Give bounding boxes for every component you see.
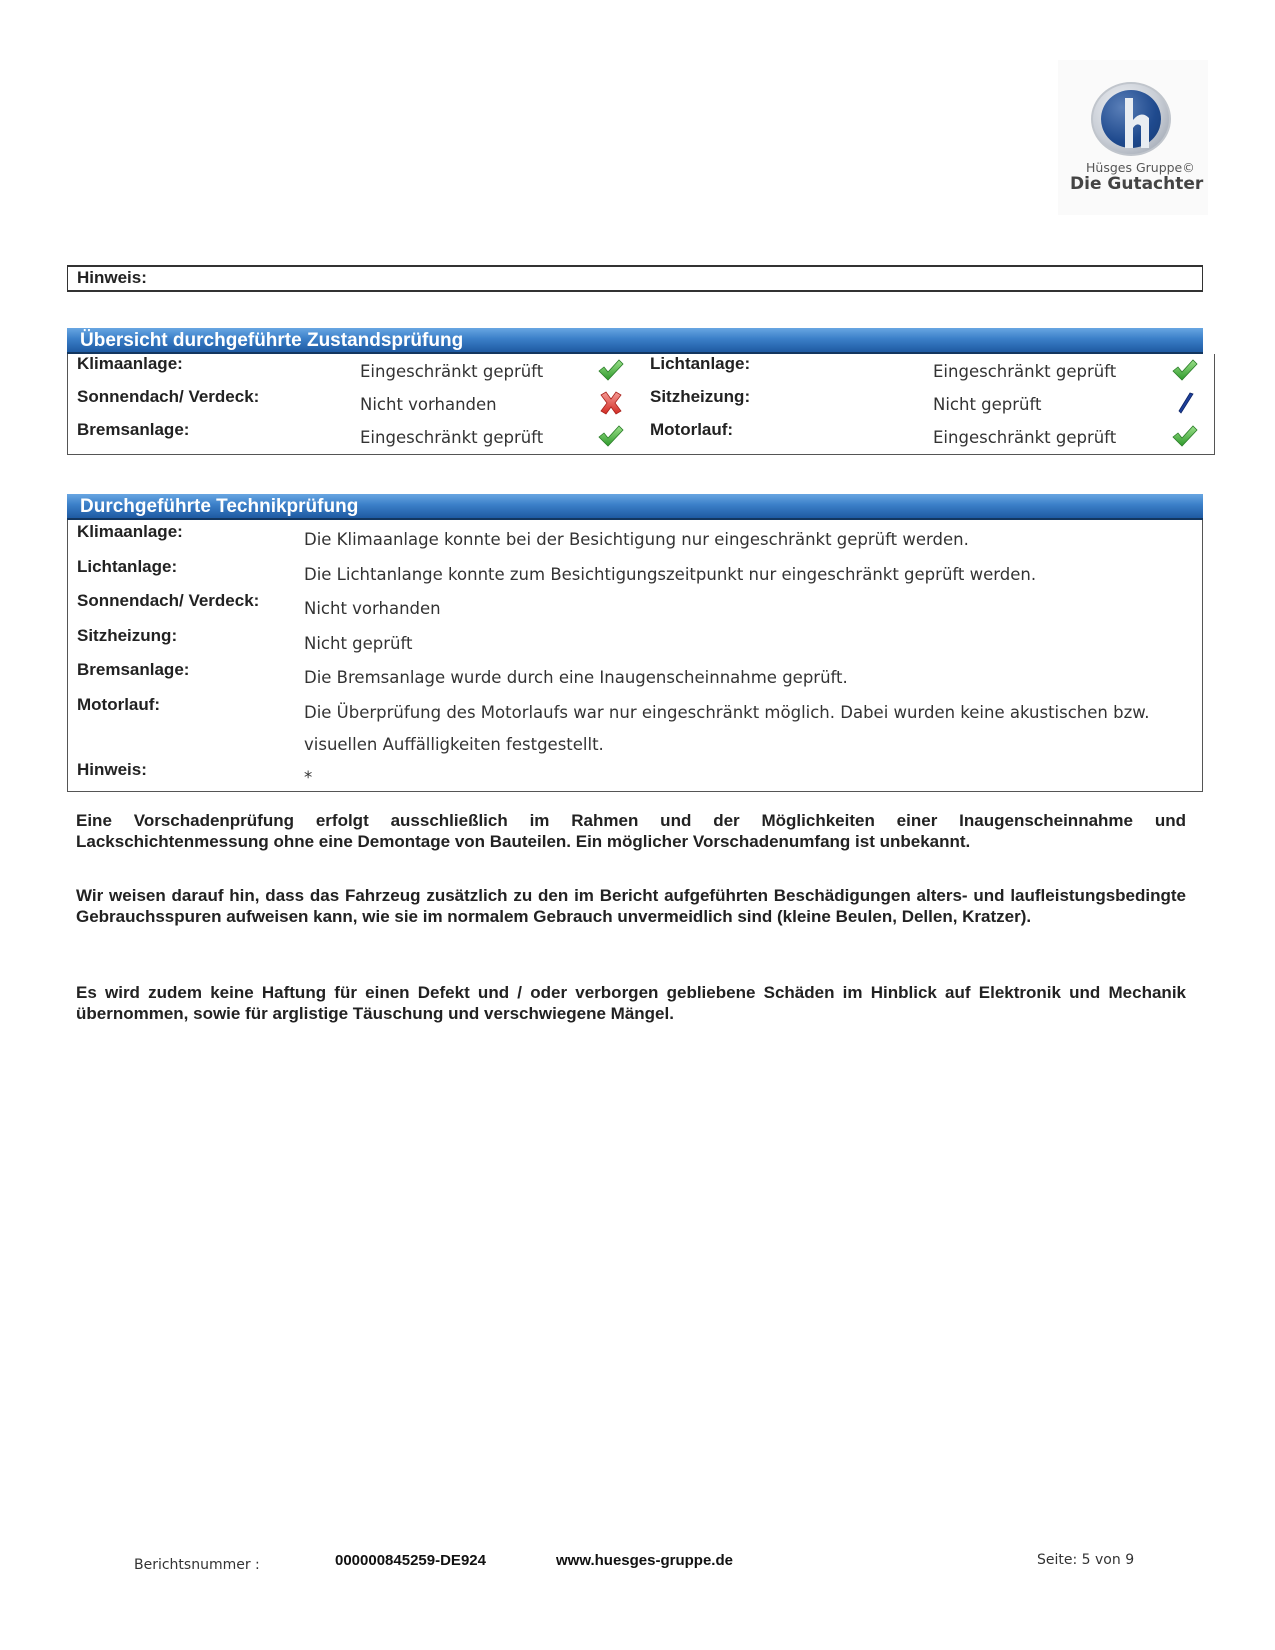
overview-value-motorlauf: Eingeschränkt geprüft	[933, 428, 1116, 447]
hinweis-box: Hinweis:	[67, 265, 1203, 292]
technik-value-motorlauf-cont: visuellen Auffälligkeiten festgestellt.	[304, 735, 604, 754]
disclaimer-paragraph-1: Eine Vorschadenprüfung erfolgt ausschlie…	[76, 810, 1186, 852]
check-icon	[597, 424, 625, 448]
technik-value-bremsanlage: Die Bremsanlage wurde durch eine Inaugen…	[304, 668, 848, 687]
footer-page-number: Seite: 5 von 9	[1037, 1552, 1134, 1568]
disclaimer-paragraph-3: Es wird zudem keine Haftung für einen De…	[76, 982, 1186, 1024]
overview-value-lichtanlage: Eingeschränkt geprüft	[933, 362, 1116, 381]
technik-value-klimaanlage: Die Klimaanlage konnte bei der Besichtig…	[304, 530, 969, 549]
overview-value-sonnendachverdeck: Nicht vorhanden	[360, 395, 497, 414]
technik-label-klimaanlage: Klimaanlage:	[77, 522, 183, 542]
footer-report-number: 000000845259-DE924	[335, 1552, 486, 1569]
check-icon	[597, 358, 625, 382]
overview-header: Übersicht durchgeführte Zustandsprüfung	[67, 328, 1203, 354]
overview-value-bremsanlage: Eingeschränkt geprüft	[360, 428, 543, 447]
cross-icon	[597, 391, 625, 415]
technik-label-sitzheizung: Sitzheizung:	[77, 626, 177, 646]
technik-value-sitzheizung: Nicht geprüft	[304, 634, 413, 653]
footer-website[interactable]: www.huesges-gruppe.de	[556, 1552, 733, 1569]
logo-emblem	[1091, 82, 1171, 156]
overview-value-sitzheizung: Nicht geprüft	[933, 395, 1042, 414]
overview-label-sonnendachverdeck: Sonnendach/ Verdeck:	[77, 387, 259, 407]
overview-label-motorlauf: Motorlauf:	[650, 420, 733, 440]
technik-value-motorlauf: Die Überprüfung des Motorlaufs war nur e…	[304, 703, 1149, 722]
overview-label-bremsanlage: Bremsanlage:	[77, 420, 189, 440]
technik-value-hinweis: *	[304, 768, 312, 787]
hinweis-label: Hinweis:	[77, 268, 147, 288]
check-icon	[1171, 358, 1199, 382]
technik-table	[67, 520, 1203, 792]
technik-label-sonnendach: Sonnendach/ Verdeck:	[77, 591, 259, 611]
overview-label-klimaanlage: Klimaanlage:	[77, 354, 183, 374]
technik-label-motorlauf: Motorlauf:	[77, 695, 160, 715]
technik-label-lichtanlage: Lichtanlage:	[77, 557, 177, 577]
technik-label-bremsanlage: Bremsanlage:	[77, 660, 189, 680]
overview-label-sitzheizung: Sitzheizung:	[650, 387, 750, 407]
disclaimer-paragraph-2: Wir weisen darauf hin, dass das Fahrzeug…	[76, 885, 1186, 927]
technik-label-hinweis: Hinweis:	[77, 760, 147, 780]
technik-header: Durchgeführte Technikprüfung	[67, 494, 1203, 520]
technik-value-sonnendach: Nicht vorhanden	[304, 599, 441, 618]
overview-value-klimaanlage: Eingeschränkt geprüft	[360, 362, 543, 381]
logo-group-name: Hüsges Gruppe©	[1086, 160, 1195, 175]
footer-report-label: Berichtsnummer :	[134, 1557, 260, 1573]
logo-tagline: Die Gutachter	[1070, 174, 1203, 194]
pen-icon	[1171, 391, 1199, 415]
check-icon	[1171, 424, 1199, 448]
overview-label-lichtanlage: Lichtanlage:	[650, 354, 750, 374]
company-logo: Hüsges Gruppe© Die Gutachter	[1058, 60, 1208, 215]
technik-value-lichtanlage: Die Lichtanlange konnte zum Besichtigung…	[304, 565, 1036, 584]
